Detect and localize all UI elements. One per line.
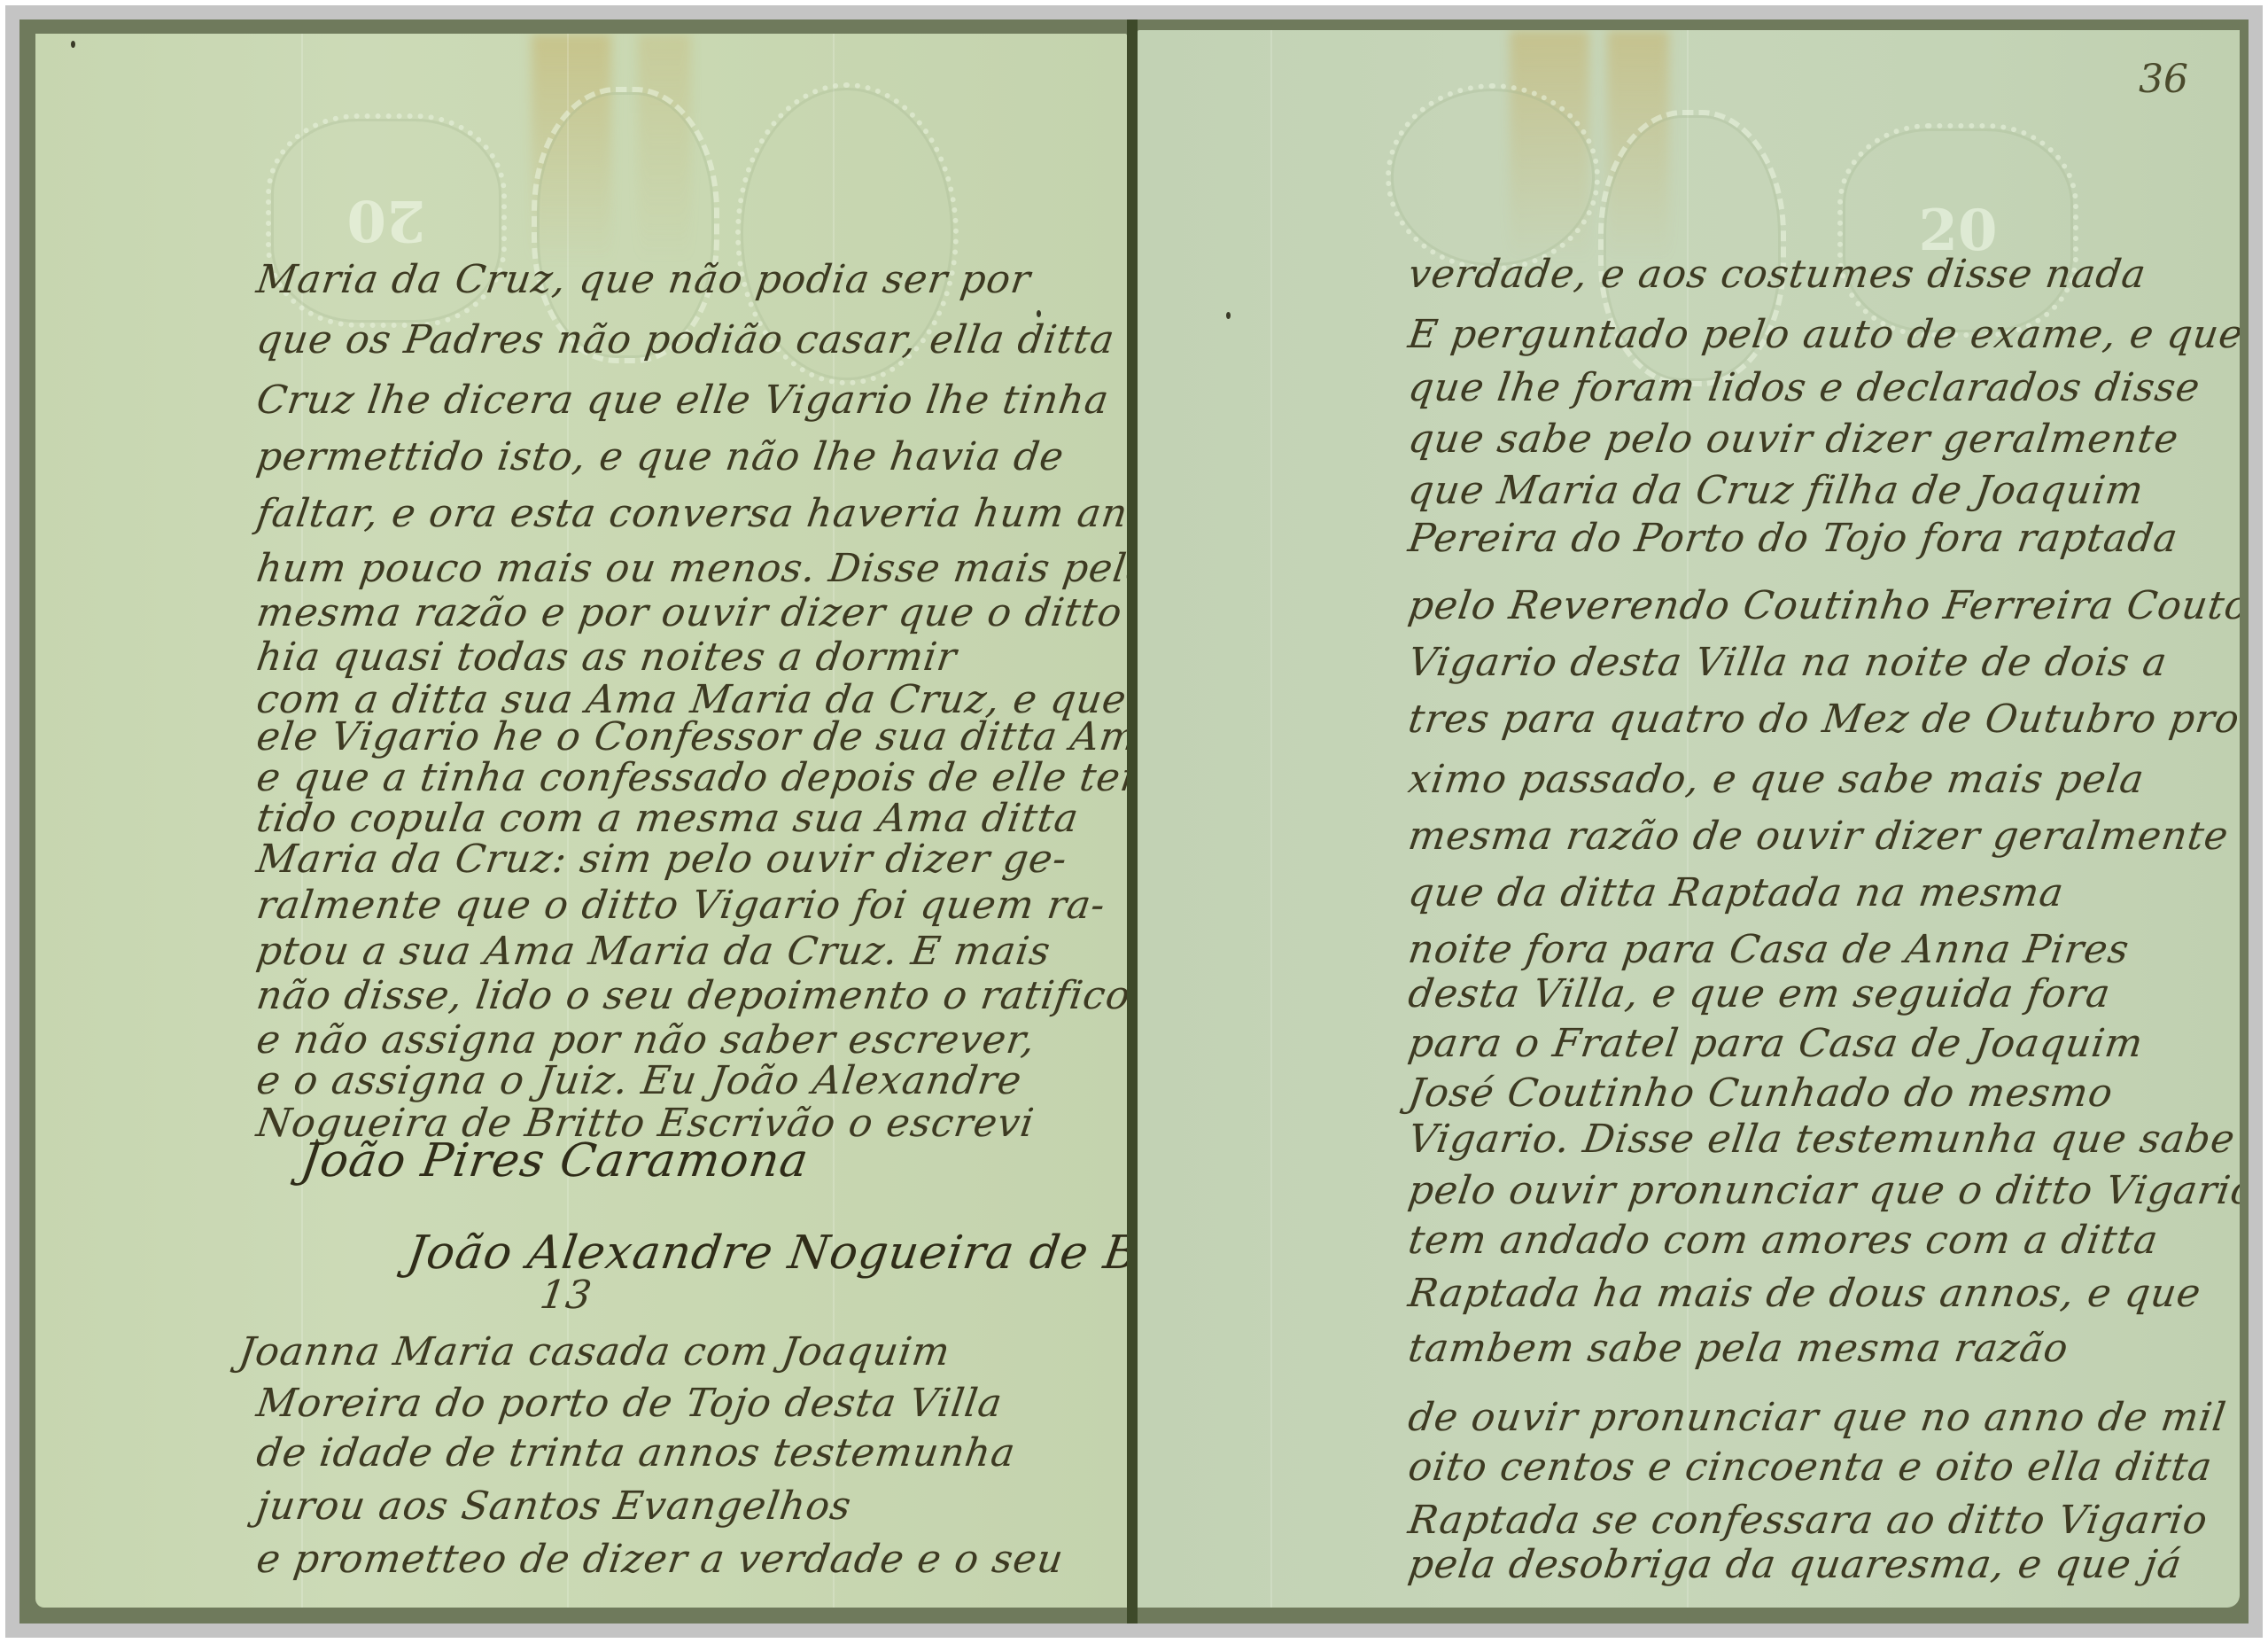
text-line: tido copula com a mesma sua Ama ditta (253, 796, 1082, 841)
text-line: ximo passado, e que sabe mais pela (1405, 757, 2147, 802)
right-page-text: verdade, e aos costumes disse nada E per… (1138, 30, 2240, 1608)
witness-number: 13 (537, 1273, 594, 1318)
text-line: e que a tinha confessado depois de elle … (253, 755, 1127, 800)
text-line: que sabe pelo ouvir dizer geralmente (1405, 417, 2181, 462)
text-line: José Coutinho Cunhado do mesmo (1405, 1071, 2116, 1116)
text-line: faltar, e ora esta conversa haveria hum … (253, 491, 1127, 536)
text-line: noite fora para Casa de Anna Pires (1405, 927, 2132, 972)
book-gutter (1127, 19, 1138, 1624)
text-line: ele Vigario he o Confessor de sua ditta … (253, 714, 1127, 759)
text-line: hia quasi todas as noites a dormir (253, 635, 959, 680)
text-line: não disse, lido o seu depoimento o ratif… (253, 973, 1127, 1018)
left-page: 20 Maria da Cruz, que não podia ser por … (35, 34, 1127, 1608)
text-line: que Maria da Cruz filha de Joaquim (1405, 468, 2147, 513)
text-line: E perguntado pelo auto de exame, e quere… (1405, 312, 2240, 357)
text-line: pelo Reverendo Coutinho Ferreira Couto (1405, 583, 2240, 628)
text-line: oito centos e cincoenta e oito ella ditt… (1405, 1444, 2215, 1490)
text-line: e o assigna o Juiz. Eu João Alexandre (253, 1058, 1024, 1103)
text-line: tem andado com amores com a ditta (1405, 1218, 2161, 1263)
text-line: hum pouco mais ou menos. Disse mais pela (253, 546, 1127, 591)
text-line: tres para quatro do Mez de Outubro pro- (1405, 697, 2240, 742)
right-page: 20 36 verdade, e aos costumes disse nada… (1138, 30, 2240, 1608)
text-line: Vigario. Disse ella testemunha que sabe (1405, 1117, 2238, 1162)
text-line: Moreira do porto de Tojo desta Villa (253, 1381, 1005, 1426)
text-line: Joanna Maria casada com Joaquim (236, 1329, 953, 1374)
text-line: Vigario desta Villa na noite de dois a (1405, 640, 2170, 685)
text-line: Raptada se confessara ao ditto Vigario (1405, 1498, 2210, 1543)
text-line: Maria da Cruz: sim pelo ouvir dizer ge- (253, 837, 1070, 882)
clerk-signature: João Alexandre Nogueira de Britto (404, 1226, 1127, 1280)
text-line: mesma razão de ouvir dizer geralmente (1405, 814, 2231, 859)
text-line: pelo ouvir pronunciar que o ditto Vigari… (1405, 1168, 2240, 1213)
text-line: jurou aos Santos Evangelhos (253, 1483, 854, 1529)
text-line: mesma razão e por ouvir dizer que o ditt… (253, 590, 1127, 635)
text-line: Pereira do Porto do Tojo fora raptada (1405, 516, 2180, 561)
text-line: ralmente que o ditto Vigario foi quem ra… (253, 883, 1108, 928)
text-line: para o Fratel para Casa de Joaquim (1405, 1021, 2146, 1066)
text-line: verdade, e aos costumes disse nada (1405, 252, 2148, 297)
text-line: e não assigna por não saber escrever, (253, 1017, 1038, 1063)
left-page-text: Maria da Cruz, que não podia ser por que… (35, 34, 1127, 1608)
text-line: pela desobriga da quaresma, e que já (1405, 1542, 2185, 1587)
text-line: Raptada ha mais de dous annos, e que (1405, 1271, 2203, 1316)
text-line: permettido isto, e que não lhe havia de (253, 434, 1067, 479)
text-line: ptou a sua Ama Maria da Cruz. E mais (253, 929, 1053, 974)
text-line: de idade de trinta annos testemunha (253, 1430, 1018, 1476)
text-line: e prometteo de dizer a verdade e o seu (253, 1537, 1066, 1582)
text-line: Maria da Cruz, que não podia ser por (253, 257, 1033, 302)
text-line: Cruz lhe dicera que elle Vigario lhe tin… (253, 378, 1112, 423)
text-line: de ouvir pronunciar que no anno de mil (1405, 1395, 2229, 1440)
witness-signature: João Pires Caramona (298, 1134, 812, 1187)
text-line: que lhe foram lidos e declarados disse (1405, 365, 2202, 410)
text-line: desta Villa, e que em seguida fora (1405, 971, 2113, 1016)
text-line: tambem sabe pela mesma razão (1405, 1326, 2071, 1371)
text-line: que da ditta Raptada na mesma (1405, 870, 2067, 915)
text-line: que os Padres não podião casar, ella dit… (253, 317, 1117, 362)
